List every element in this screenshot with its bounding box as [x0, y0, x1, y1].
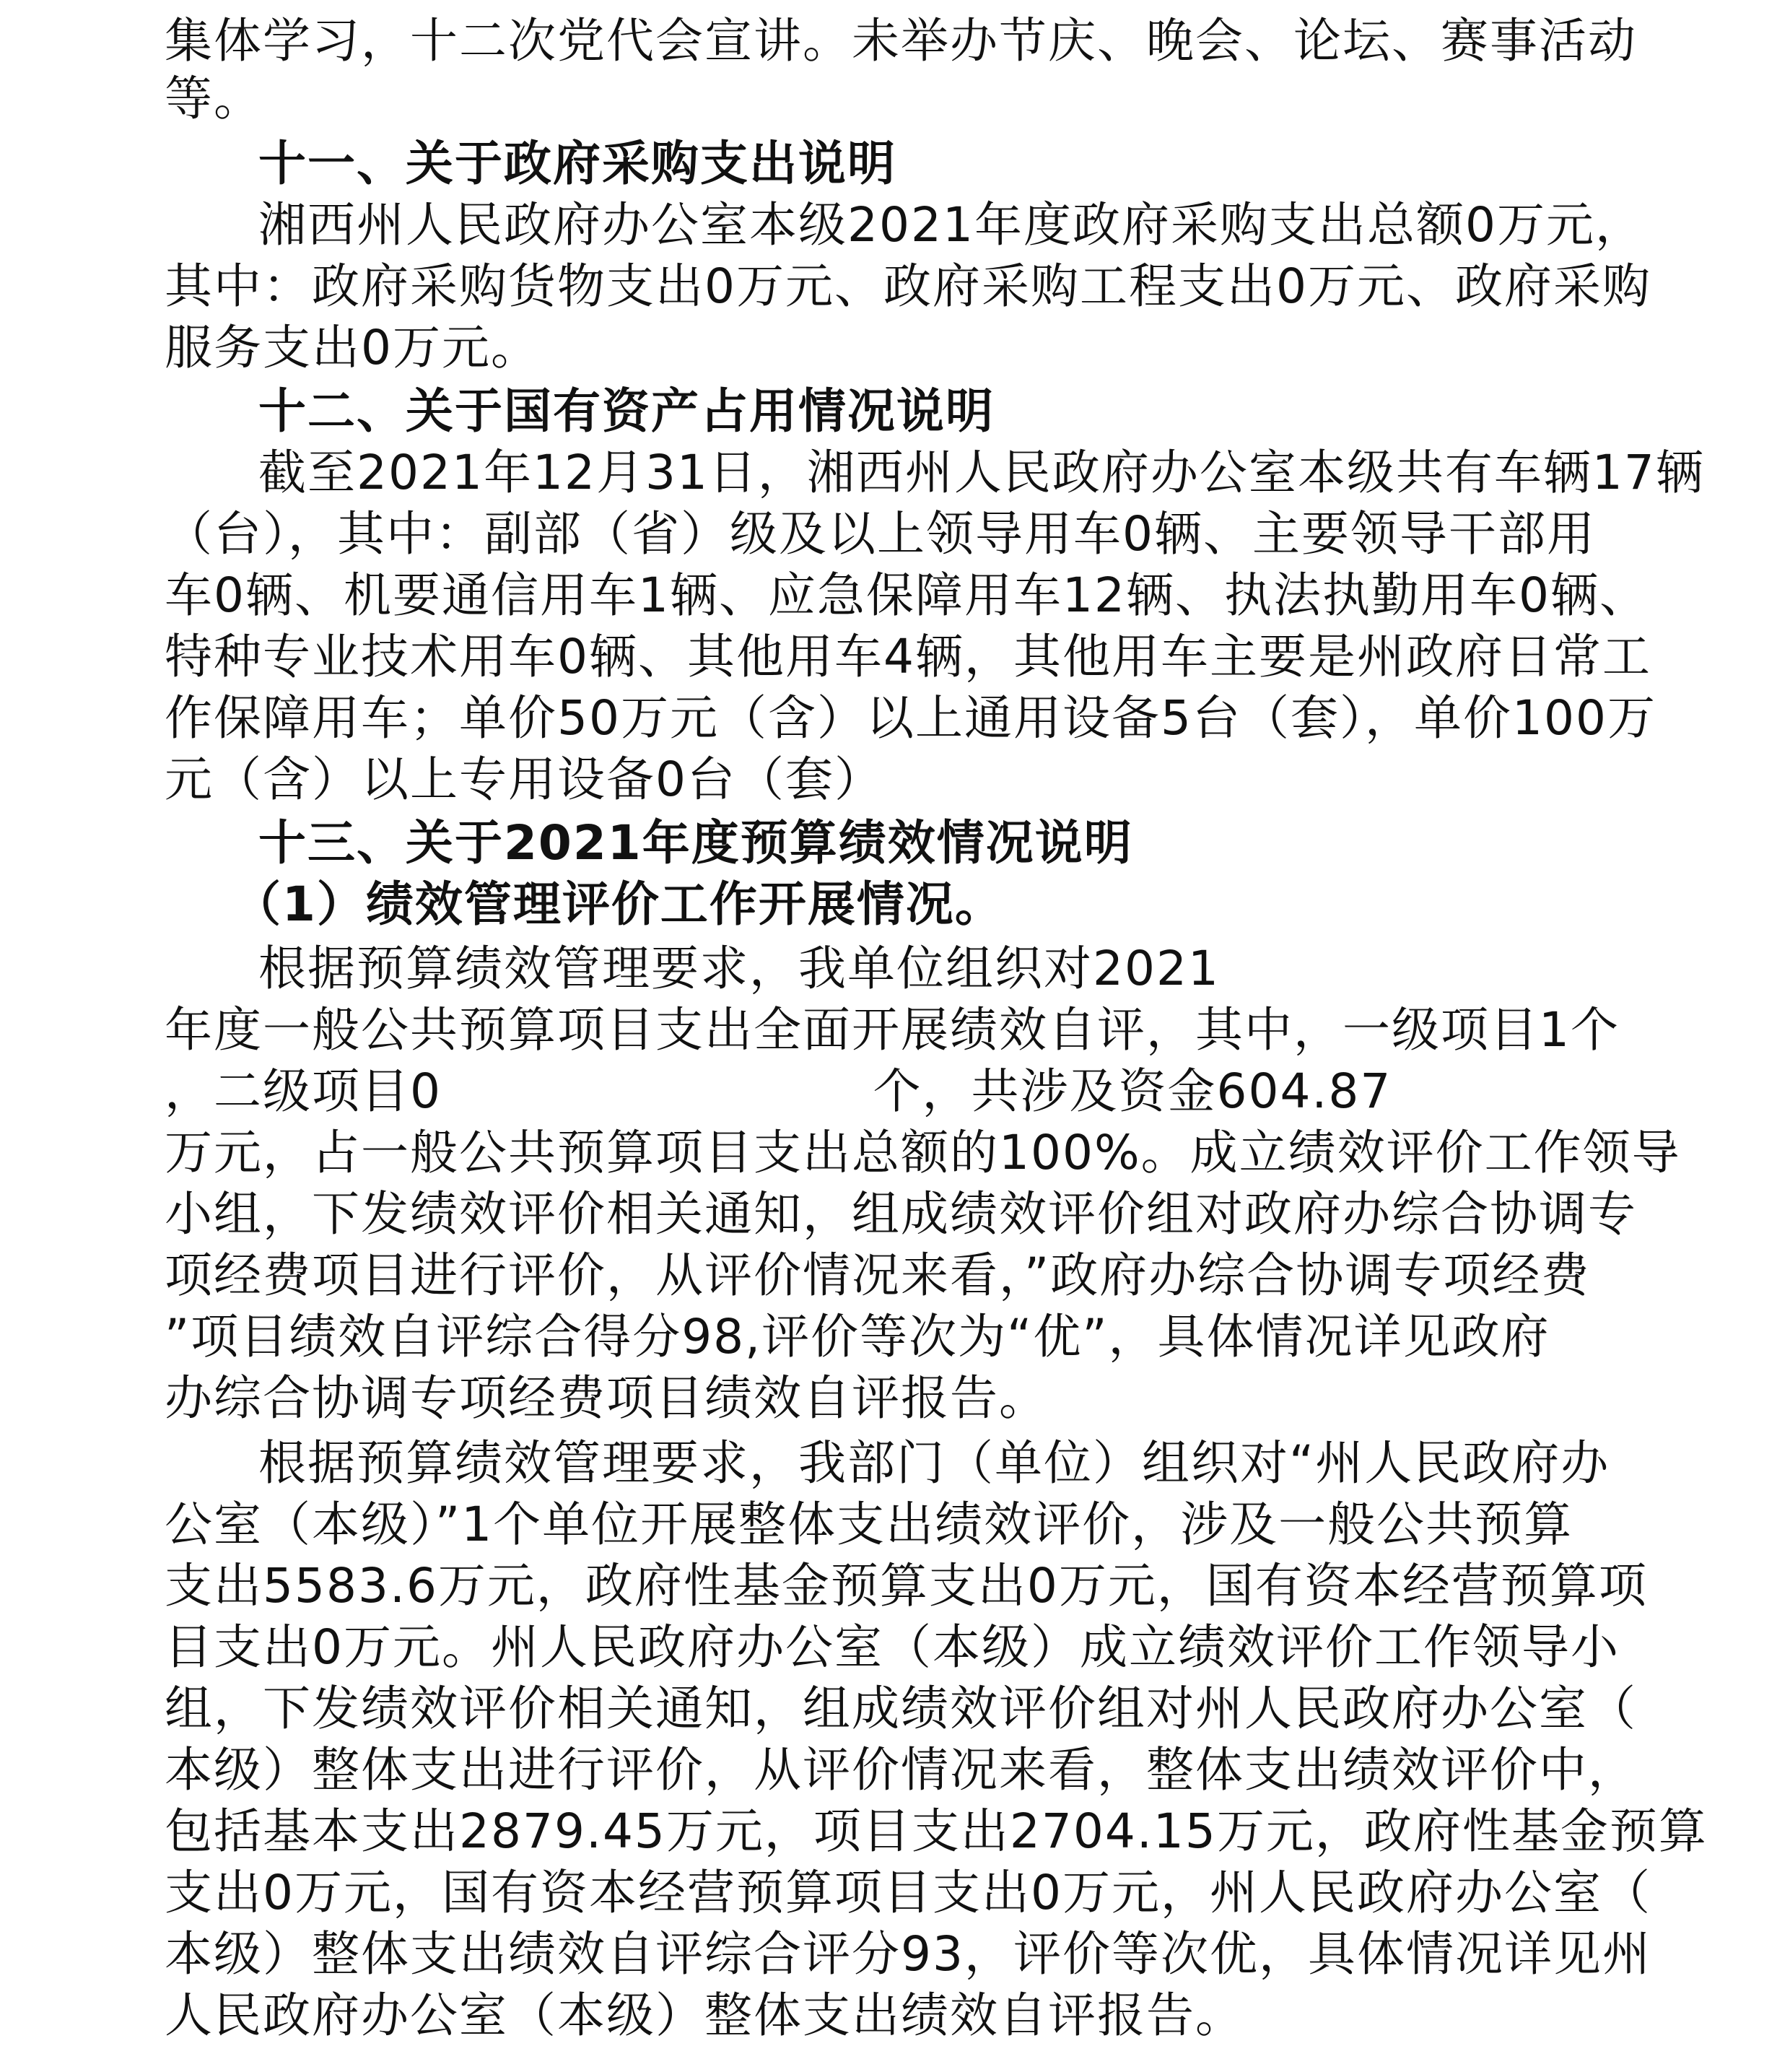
body-line: 等。 — [165, 58, 263, 139]
body-line: 集体学习，十二次党代会宣讲。未举办节庆、晚会、论坛、赛事活动 — [165, 0, 1637, 82]
body-line: 人民政府办公室（本级）整体支出绩效自评报告。 — [165, 1975, 1244, 2056]
